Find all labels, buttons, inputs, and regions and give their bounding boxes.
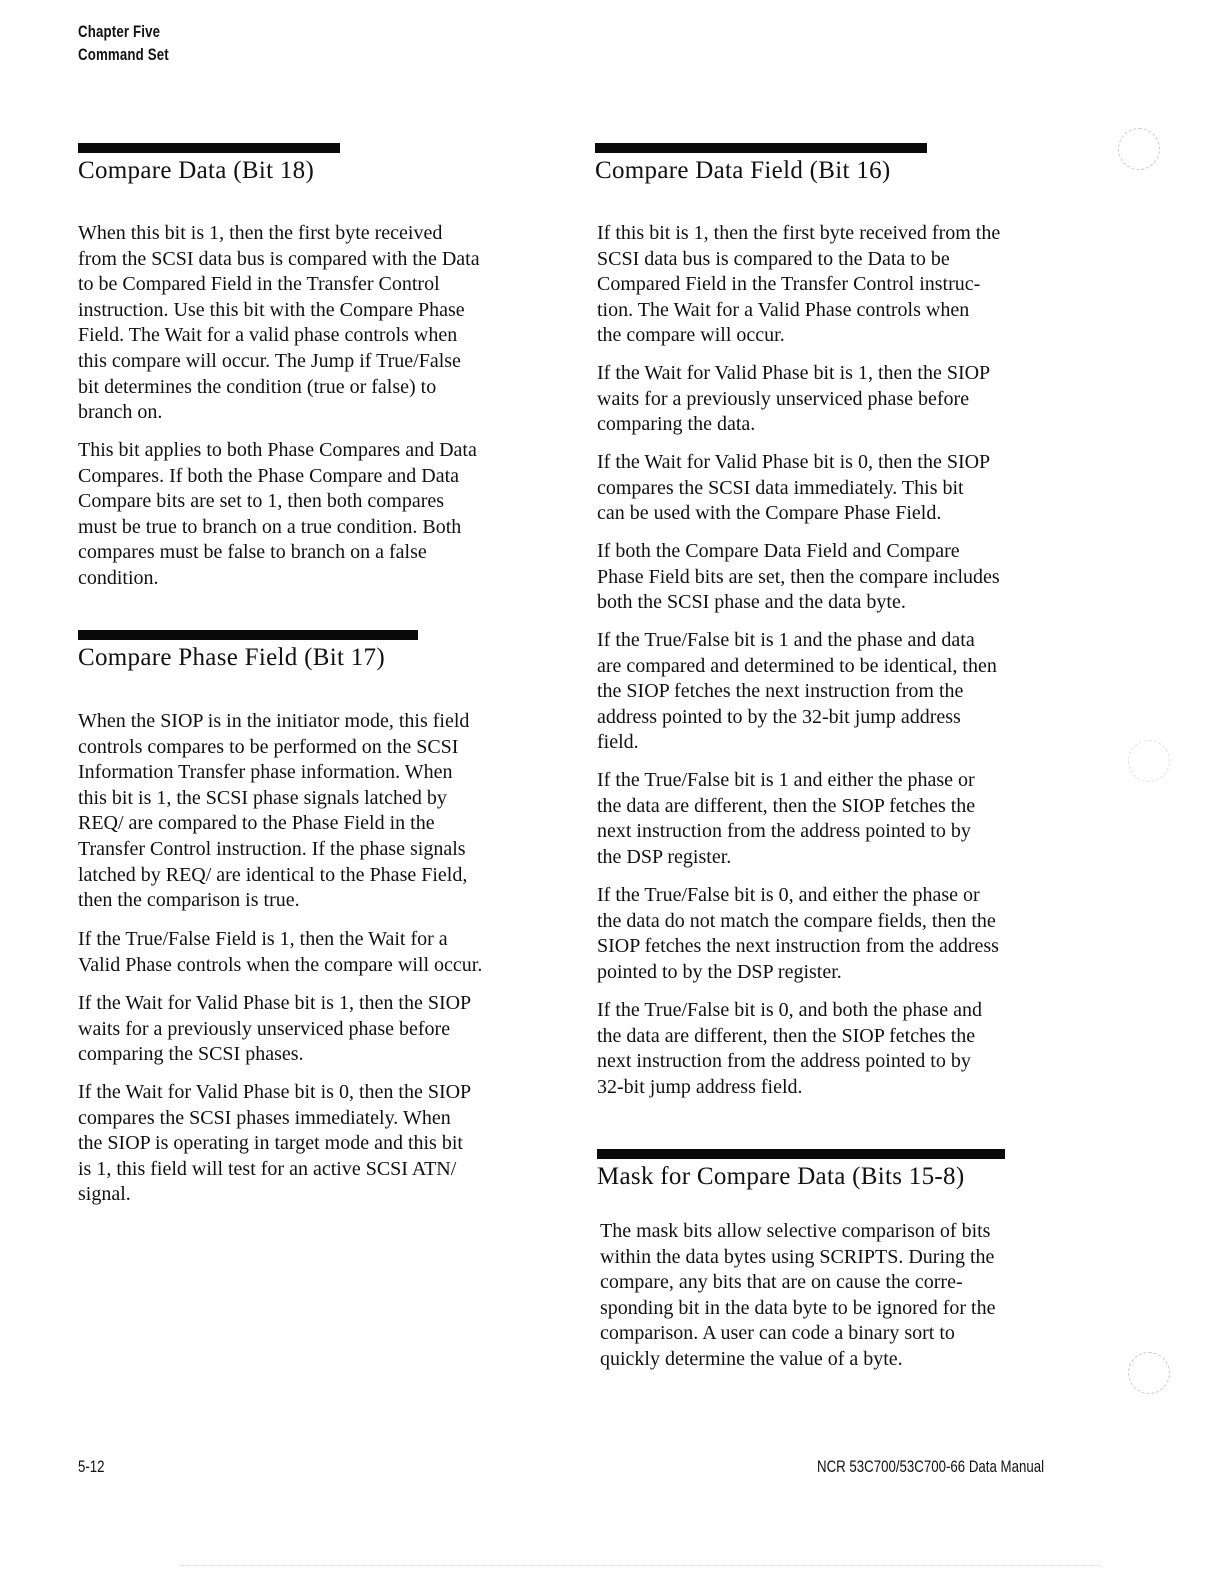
scan-edge-artifact	[180, 1565, 1100, 1566]
paragraph: If this bit is 1, then the first byte re…	[597, 221, 1000, 349]
text-line: Phase Field bits are set, then the compa…	[597, 565, 1000, 591]
text-line: comparing the data.	[597, 412, 990, 438]
section-heading: Compare Data Field (Bit 16)	[595, 156, 927, 186]
text-line: branch on.	[78, 400, 480, 426]
text-line: This bit applies to both Phase Compares …	[78, 438, 477, 464]
text-line: can be used with the Compare Phase Field…	[597, 501, 990, 527]
paragraph: The mask bits allow selective comparison…	[600, 1219, 995, 1373]
text-line: the SIOP is operating in target mode and…	[78, 1131, 471, 1157]
text-line: compares the SCSI phases immediately. Wh…	[78, 1106, 471, 1132]
text-line: the data are different, then the SIOP fe…	[597, 1024, 982, 1050]
section-compare-data-field: Compare Data Field (Bit 16)	[595, 143, 927, 186]
paragraph: If the Wait for Valid Phase bit is 0, th…	[78, 1080, 471, 1208]
text-line: instruction. Use this bit with the Compa…	[78, 298, 480, 324]
section-label: Command Set	[78, 43, 169, 66]
text-line: the data are different, then the SIOP fe…	[597, 794, 975, 820]
text-line: compares must be false to branch on a fa…	[78, 540, 477, 566]
section-heading: Compare Phase Field (Bit 17)	[78, 643, 418, 673]
text-line: this compare will occur. The Jump if Tru…	[78, 349, 480, 375]
text-line: the data do not match the compare fields…	[597, 909, 999, 935]
text-line: 32-bit jump address field.	[597, 1075, 982, 1101]
punch-hole-mark	[1118, 128, 1160, 170]
paragraph: If the Wait for Valid Phase bit is 1, th…	[78, 991, 471, 1068]
page-number: 5-12	[78, 1457, 105, 1477]
paragraph: If the True/False bit is 1 and the phase…	[597, 628, 997, 756]
section-compare-data: Compare Data (Bit 18)	[78, 143, 340, 186]
text-line: sponding bit in the data byte to be igno…	[600, 1296, 995, 1322]
text-line: next instruction from the address pointe…	[597, 819, 975, 845]
text-line: latched by REQ/ are identical to the Pha…	[78, 863, 469, 889]
text-line: comparison. A user can code a binary sor…	[600, 1321, 995, 1347]
text-line: waits for a previously unserviced phase …	[78, 1017, 471, 1043]
text-line: If the True/False bit is 0, and both the…	[597, 998, 982, 1024]
text-line: Information Transfer phase information. …	[78, 760, 469, 786]
text-line: to be Compared Field in the Transfer Con…	[78, 272, 480, 298]
text-line: quickly determine the value of a byte.	[600, 1347, 995, 1373]
text-line: When the SIOP is in the initiator mode, …	[78, 709, 469, 735]
text-line: next instruction from the address pointe…	[597, 1049, 982, 1075]
text-line: REQ/ are compared to the Phase Field in …	[78, 811, 469, 837]
paragraph: If the Wait for Valid Phase bit is 0, th…	[597, 450, 990, 527]
text-line: signal.	[78, 1182, 471, 1208]
section-rule	[78, 143, 340, 153]
text-line: within the data bytes using SCRIPTS. Dur…	[600, 1245, 995, 1271]
text-line: Compare bits are set to 1, then both com…	[78, 489, 477, 515]
paragraph: If the True/False bit is 0, and either t…	[597, 883, 999, 985]
paragraph: If the Wait for Valid Phase bit is 1, th…	[597, 361, 990, 438]
text-line: pointed to by the DSP register.	[597, 960, 999, 986]
paragraph: If the True/False bit is 0, and both the…	[597, 998, 982, 1100]
section-rule	[78, 630, 418, 640]
section-rule	[595, 143, 927, 153]
paragraph: This bit applies to both Phase Compares …	[78, 438, 477, 592]
text-line: are compared and determined to be identi…	[597, 654, 997, 680]
manual-title: NCR 53C700/53C700-66 Data Manual	[817, 1457, 1044, 1477]
text-line: If the Wait for Valid Phase bit is 0, th…	[597, 450, 990, 476]
section-heading: Mask for Compare Data (Bits 15-8)	[597, 1162, 1005, 1192]
text-line: bit determines the condition (true or fa…	[78, 375, 480, 401]
section-mask-for-compare-data: Mask for Compare Data (Bits 15-8)	[597, 1149, 1005, 1192]
text-line: the DSP register.	[597, 845, 975, 871]
paragraph: If both the Compare Data Field and Compa…	[597, 539, 1000, 616]
text-line: If the True/False Field is 1, then the W…	[78, 927, 482, 953]
chapter-label: Chapter Five	[78, 20, 169, 43]
text-line: then the comparison is true.	[78, 888, 469, 914]
text-line: must be true to branch on a true conditi…	[78, 515, 477, 541]
punch-hole-mark	[1128, 1352, 1170, 1394]
section-compare-phase-field: Compare Phase Field (Bit 17)	[78, 630, 418, 673]
text-line: If the Wait for Valid Phase bit is 0, th…	[78, 1080, 471, 1106]
text-line: Compares. If both the Phase Compare and …	[78, 464, 477, 490]
text-line: If this bit is 1, then the first byte re…	[597, 221, 1000, 247]
text-line: comparing the SCSI phases.	[78, 1042, 471, 1068]
paragraph: If the True/False Field is 1, then the W…	[78, 927, 482, 978]
text-line: If the True/False bit is 0, and either t…	[597, 883, 999, 909]
text-line: If the True/False bit is 1 and either th…	[597, 768, 975, 794]
text-line: the SIOP fetches the next instruction fr…	[597, 679, 997, 705]
text-line: The mask bits allow selective comparison…	[600, 1219, 995, 1245]
text-line: If both the Compare Data Field and Compa…	[597, 539, 1000, 565]
text-line: from the SCSI data bus is compared with …	[78, 247, 480, 273]
text-line: condition.	[78, 566, 477, 592]
paragraph: When the SIOP is in the initiator mode, …	[78, 709, 469, 914]
section-heading: Compare Data (Bit 18)	[78, 156, 340, 186]
text-line: When this bit is 1, then the first byte …	[78, 221, 480, 247]
text-line: both the SCSI phase and the data byte.	[597, 590, 1000, 616]
text-line: tion. The Wait for a Valid Phase control…	[597, 298, 1000, 324]
text-line: compare, any bits that are on cause the …	[600, 1270, 995, 1296]
text-line: If the Wait for Valid Phase bit is 1, th…	[78, 991, 471, 1017]
text-line: controls compares to be performed on the…	[78, 735, 469, 761]
text-line: Valid Phase controls when the compare wi…	[78, 953, 482, 979]
text-line: this bit is 1, the SCSI phase signals la…	[78, 786, 469, 812]
punch-hole-mark	[1128, 740, 1170, 782]
paragraph: When this bit is 1, then the first byte …	[78, 221, 480, 426]
text-line: SIOP fetches the next instruction from t…	[597, 934, 999, 960]
section-rule	[597, 1149, 1005, 1159]
paragraph: If the True/False bit is 1 and either th…	[597, 768, 975, 870]
running-header: Chapter Five Command Set	[78, 20, 169, 66]
text-line: compares the SCSI data immediately. This…	[597, 476, 990, 502]
text-line: field.	[597, 730, 997, 756]
text-line: If the True/False bit is 1 and the phase…	[597, 628, 997, 654]
text-line: address pointed to by the 32-bit jump ad…	[597, 705, 997, 731]
text-line: SCSI data bus is compared to the Data to…	[597, 247, 1000, 273]
text-line: If the Wait for Valid Phase bit is 1, th…	[597, 361, 990, 387]
text-line: Compared Field in the Transfer Control i…	[597, 272, 1000, 298]
text-line: is 1, this field will test for an active…	[78, 1157, 471, 1183]
text-line: Field. The Wait for a valid phase contro…	[78, 323, 480, 349]
text-line: Transfer Control instruction. If the pha…	[78, 837, 469, 863]
text-line: waits for a previously unserviced phase …	[597, 387, 990, 413]
text-line: the compare will occur.	[597, 323, 1000, 349]
